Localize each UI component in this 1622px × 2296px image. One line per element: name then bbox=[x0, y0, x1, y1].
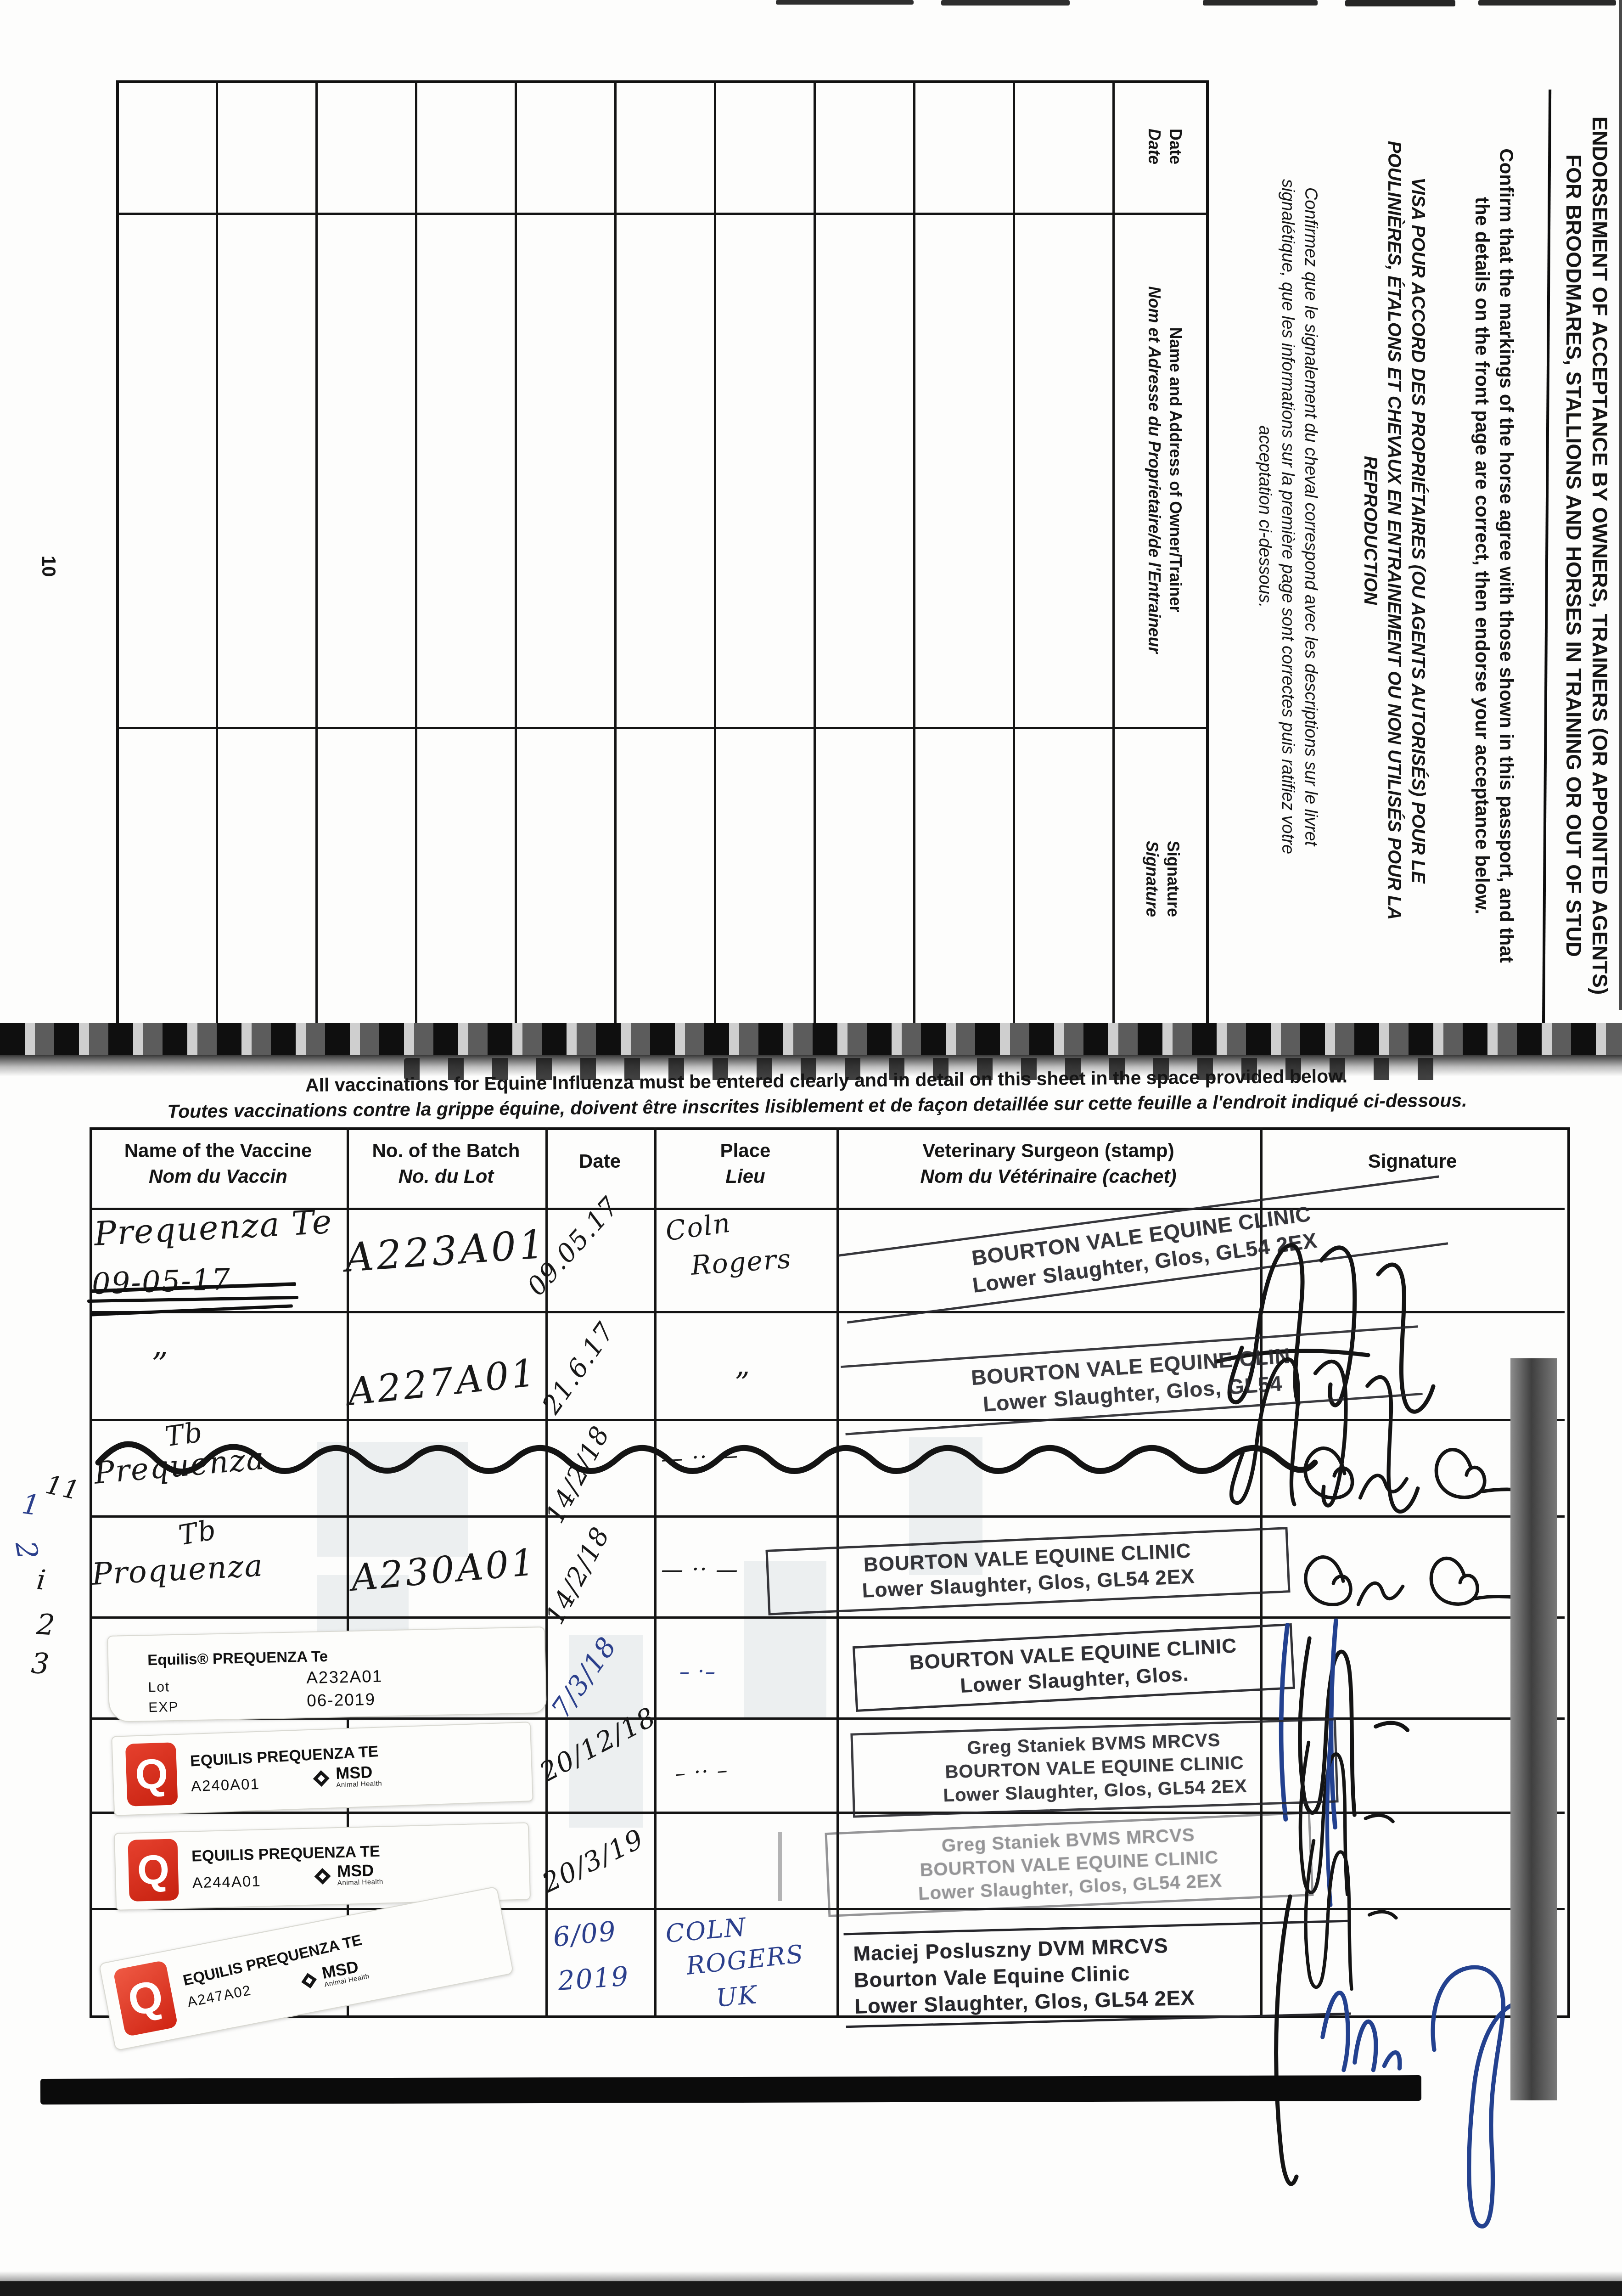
row6-vaccine-sticker: Q EQUILIS PREQUENZA TE A240A01 MSD Anima… bbox=[111, 1722, 533, 1816]
sticker-lot-value: A232A01 bbox=[306, 1666, 383, 1687]
grid-line bbox=[315, 80, 318, 1031]
row8-date-line2: 2019 bbox=[557, 1960, 630, 1997]
confirm-fr-line3: acceptation ci-dessous. bbox=[1253, 103, 1276, 930]
msd-logo: MSD Animal Health bbox=[312, 1863, 383, 1888]
margin-mark-11: 11 bbox=[43, 1470, 83, 1506]
margin-mark-2-blue: 2 bbox=[9, 1538, 45, 1563]
col-header-date: Date bbox=[545, 1150, 654, 1172]
sticker-exp-label: EXP bbox=[148, 1699, 179, 1716]
col-header-signature: Signature bbox=[1260, 1150, 1565, 1172]
sticker-lot-value: A240A01 bbox=[191, 1775, 260, 1795]
confirm-paragraph-fr: Confirmez que le signalement du cheval c… bbox=[1249, 103, 1322, 930]
grid-line bbox=[913, 80, 915, 1031]
msd-logo: MSD Animal Health bbox=[297, 1958, 370, 1994]
endorsement-table bbox=[116, 80, 1209, 1031]
col-header-vaccine: Name of the Vaccine Nom du Vaccin bbox=[90, 1138, 347, 1189]
header-signature-fr: Signature bbox=[1141, 727, 1162, 1031]
margin-mark-2: 2 bbox=[35, 1607, 56, 1642]
endorsement-title-line2: FOR BROODMARES, STALLIONS AND HORSES IN … bbox=[1560, 73, 1587, 1038]
scan-artifact bbox=[776, 0, 914, 5]
grid-line bbox=[415, 80, 417, 1031]
grid-line bbox=[216, 80, 218, 1031]
spiral-binding bbox=[0, 1023, 1622, 1057]
header-owner-en: Name and Address of Owner/Trainer bbox=[1165, 213, 1186, 727]
col-header-vet-en: Veterinary Surgeon (stamp) bbox=[836, 1138, 1260, 1164]
col-header-place-fr: Lieu bbox=[654, 1164, 836, 1189]
header-date: Date Date bbox=[1135, 80, 1186, 213]
grid-line bbox=[515, 80, 517, 1031]
header-owner: Name and Address of Owner/Trainer Nom et… bbox=[1135, 213, 1186, 727]
col-header-batch-fr: No. du Lot bbox=[347, 1164, 545, 1189]
grid-line bbox=[1013, 80, 1015, 1031]
confirm-paragraph-en: Confirm that the markings of the horse a… bbox=[1468, 73, 1519, 1038]
margin-mark-1-blue: 1 bbox=[20, 1488, 43, 1522]
row6-place-ditto: – ·· – bbox=[674, 1757, 729, 1786]
sticker-exp-value: 06-2019 bbox=[307, 1690, 376, 1711]
msd-logo-text: MSD bbox=[336, 1762, 373, 1783]
confirm-en-line2: the details on the front page are correc… bbox=[1470, 73, 1494, 1038]
endorsement-title-line1: ENDORSEMENT OF ACCEPTANCE BY OWNERS, TRA… bbox=[1587, 73, 1613, 1038]
grid-line bbox=[814, 80, 816, 1031]
equilis-q-logo: Q bbox=[113, 1960, 178, 2037]
header-date-en: Date bbox=[1165, 80, 1186, 213]
sticker-lot-value: A244A01 bbox=[192, 1873, 261, 1892]
grid-line bbox=[654, 1127, 657, 2018]
sticker-lot-label: Lot bbox=[148, 1679, 170, 1695]
page-edge-shadow bbox=[1619, 0, 1622, 1010]
msd-logo-subtext: Animal Health bbox=[336, 1779, 382, 1789]
col-header-vaccine-fr: Nom du Vaccin bbox=[90, 1164, 347, 1189]
col-header-vaccine-en: Name of the Vaccine bbox=[90, 1138, 347, 1164]
header-owner-fr: Nom et Adresse du Proprietaire/de l'Entr… bbox=[1144, 213, 1165, 727]
scan-artifact bbox=[941, 0, 1070, 6]
grid-line bbox=[1112, 80, 1115, 1031]
col-header-batch-en: No. of the Batch bbox=[347, 1138, 545, 1164]
msd-logo-subtext: Animal Health bbox=[337, 1878, 383, 1887]
sticker-brand: Equilis® PREQUENZA Te bbox=[147, 1648, 328, 1669]
bottom-edge-gray bbox=[0, 2271, 1622, 2282]
endorsement-title: ENDORSEMENT OF ACCEPTANCE BY OWNERS, TRA… bbox=[1558, 73, 1613, 1038]
scan-artifact bbox=[1345, 0, 1455, 6]
visa-fr-line2: POULINIÈRES, ÉTALONS ET CHEVAUX EN ENTRA… bbox=[1382, 94, 1406, 967]
scan-artifact bbox=[1203, 0, 1318, 6]
msd-logo: MSD Animal Health bbox=[311, 1765, 382, 1790]
row8-pen-stroke bbox=[1249, 1892, 1322, 2204]
msd-logo-text: MSD bbox=[337, 1861, 374, 1880]
visa-fr-line3: REPRODUCTION bbox=[1358, 94, 1382, 967]
header-date-fr: Date bbox=[1144, 80, 1165, 213]
row4-place-ditto: — ·· — bbox=[661, 1557, 739, 1582]
page-edge-shadow-right bbox=[1510, 1358, 1557, 2100]
scan-artifact bbox=[1478, 0, 1616, 6]
equilis-q-logo: Q bbox=[128, 1839, 179, 1902]
header-signature: Signature Signature bbox=[1138, 727, 1184, 1031]
equilis-q-logo: Q bbox=[125, 1742, 178, 1806]
grid-line bbox=[714, 80, 716, 1031]
row2-place-ditto: ” bbox=[735, 1366, 751, 1400]
stamp-edge-fragment bbox=[778, 1832, 782, 1901]
bottom-edge-strip bbox=[0, 2281, 1622, 2296]
col-header-vet: Veterinary Surgeon (stamp) Nom du Vétéri… bbox=[836, 1138, 1260, 1189]
row5-vaccine-sticker: Equilis® PREQUENZA Te Lot EXP A232A01 06… bbox=[107, 1626, 547, 1722]
msd-logo-icon bbox=[311, 1768, 332, 1789]
confirm-fr-line2: signalétique, que les informations sur l… bbox=[1276, 103, 1299, 930]
col-header-place: Place Lieu bbox=[654, 1138, 836, 1189]
scanned-passport-page: 10 ENDORSEMENT OF ACCEPTANCE BY OWNERS, … bbox=[0, 0, 1622, 2296]
row8-date-line1: 6/09 bbox=[551, 1915, 618, 1953]
col-header-place-en: Place bbox=[654, 1138, 836, 1164]
margin-mark-3: 3 bbox=[30, 1646, 51, 1681]
header-signature-en: Signature bbox=[1162, 727, 1184, 1031]
title-underline bbox=[1542, 90, 1551, 1033]
visa-paragraph-fr: VISA POUR ACCORD DES PROPRIÉTAIRES (OU A… bbox=[1352, 94, 1430, 967]
grid-line bbox=[614, 80, 617, 1031]
msd-logo-icon bbox=[297, 1969, 320, 1992]
col-header-vet-fr: Nom du Vétérinaire (cachet) bbox=[836, 1164, 1260, 1189]
row4-vaccine-line1: Tb bbox=[176, 1514, 219, 1552]
msd-logo-icon bbox=[312, 1866, 333, 1886]
col-header-batch: No. of the Batch No. du Lot bbox=[347, 1138, 545, 1189]
margin-mark-i: i bbox=[35, 1564, 48, 1597]
confirm-en-line1: Confirm that the markings of the horse a… bbox=[1494, 73, 1519, 1038]
row5-place-ditto: – ·– bbox=[679, 1660, 716, 1683]
page-number-top: 10 bbox=[37, 546, 60, 587]
confirm-fr-line1: Confirmez que le signalement du cheval c… bbox=[1299, 103, 1322, 930]
scan-black-bar bbox=[40, 2075, 1421, 2105]
grid-line bbox=[116, 727, 1207, 729]
row2-vaccine-ditto: ” bbox=[152, 1345, 169, 1383]
grid-line bbox=[116, 213, 1207, 215]
row3-strikethrough-wave bbox=[92, 1430, 1322, 1490]
row8-place-line3: UK bbox=[715, 1980, 758, 2013]
row1-crossed-date: 09-05-17 bbox=[91, 1262, 232, 1301]
visa-fr-line1: VISA POUR ACCORD DES PROPRIÉTAIRES (OU A… bbox=[1406, 94, 1430, 967]
